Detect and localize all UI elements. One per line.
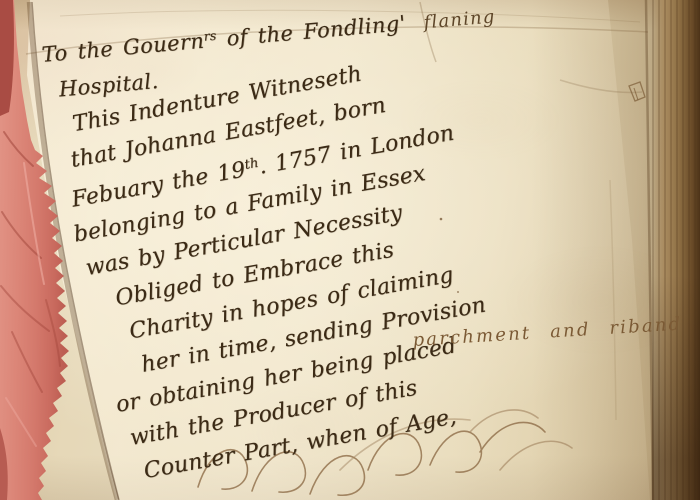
address-margin-note: flaning xyxy=(423,6,497,33)
address-text: To the Gouern xyxy=(41,29,205,67)
indenture-text-block: This Indenture Witneseth that Johanna Ea… xyxy=(56,42,507,493)
manuscript-photo: To the Gouernrs of the Fondling'flaning … xyxy=(0,0,700,500)
